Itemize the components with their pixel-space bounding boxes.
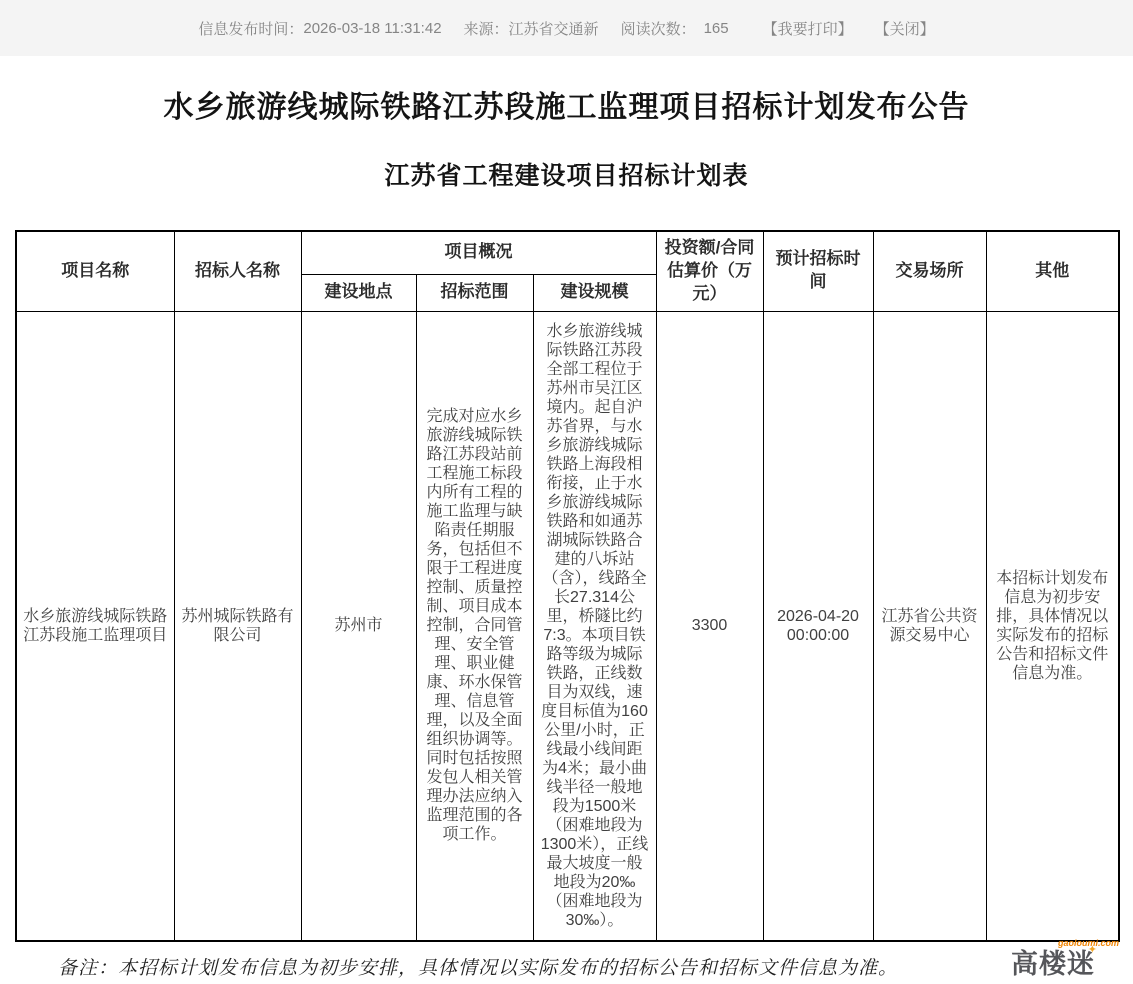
- gaoloumi-watermark-logo: gaoloumi.com ✦ 高楼迷: [1011, 938, 1123, 978]
- col-header-scope: 招标范围: [416, 274, 533, 311]
- close-button[interactable]: 【关闭】: [875, 18, 935, 39]
- page-title: 水乡旅游线城际铁路江苏段施工监理项目招标计划发布公告: [20, 82, 1113, 126]
- cell-expected-date: 2026-04-20 00:00:00: [763, 311, 873, 941]
- cell-tenderee: 苏州城际铁路有限公司: [174, 311, 301, 941]
- col-header-location: 建设地点: [301, 274, 416, 311]
- meta-info-bar: 信息发布时间：2026-03-18 11:31:42 来源：江苏省交通新 阅读次…: [0, 0, 1133, 56]
- cell-other: 本招标计划发布信息为初步安排，具体情况以实际发布的招标公告和招标文件信息为准。: [986, 311, 1119, 941]
- col-header-venue: 交易场所: [873, 231, 986, 311]
- cell-investment: 3300: [656, 311, 763, 941]
- col-header-project-name: 项目名称: [16, 231, 174, 311]
- source-value: 江苏省交通新: [509, 18, 599, 39]
- source-label: 来源：: [464, 18, 509, 39]
- col-header-scale: 建设规模: [533, 274, 656, 311]
- cell-venue: 江苏省公共资源交易中心: [873, 311, 986, 941]
- col-header-tenderee: 招标人名称: [174, 231, 301, 311]
- tender-plan-table: 项目名称 招标人名称 项目概况 投资额/合同估算价（万元） 预计招标时间 交易场…: [15, 230, 1120, 942]
- views-label: 阅读次数：: [621, 18, 696, 39]
- views-count: 165: [704, 20, 729, 37]
- publish-time-value: 2026-03-18 11:31:42: [303, 20, 441, 37]
- watermark-text: 高楼迷: [1011, 951, 1095, 978]
- table-title: 江苏省工程建设项目招标计划表: [20, 156, 1113, 192]
- cell-scale: 水乡旅游线城际铁路江苏段全部工程位于苏州市吴江区境内。起自沪苏省界，与水乡旅游线…: [533, 311, 656, 941]
- cell-scope: 完成对应水乡旅游线城际铁路江苏段站前工程施工标段内所有工程的施工监理与缺陷责任期…: [416, 311, 533, 941]
- remark-note: 备注：本招标计划发布信息为初步安排，具体情况以实际发布的招标公告和招标文件信息为…: [58, 953, 1133, 980]
- publish-time-label: 信息发布时间：: [198, 18, 303, 39]
- cell-project-name: 水乡旅游线城际铁路江苏段施工监理项目: [16, 311, 174, 941]
- col-header-expected-date: 预计招标时间: [763, 231, 873, 311]
- col-header-overview-group: 项目概况: [301, 231, 656, 274]
- col-header-investment: 投资额/合同估算价（万元）: [656, 231, 763, 311]
- print-button[interactable]: 【我要打印】: [763, 18, 853, 39]
- col-header-other: 其他: [986, 231, 1119, 311]
- cell-location: 苏州市: [301, 311, 416, 941]
- table-row: 水乡旅游线城际铁路江苏段施工监理项目 苏州城际铁路有限公司 苏州市 完成对应水乡…: [16, 311, 1119, 941]
